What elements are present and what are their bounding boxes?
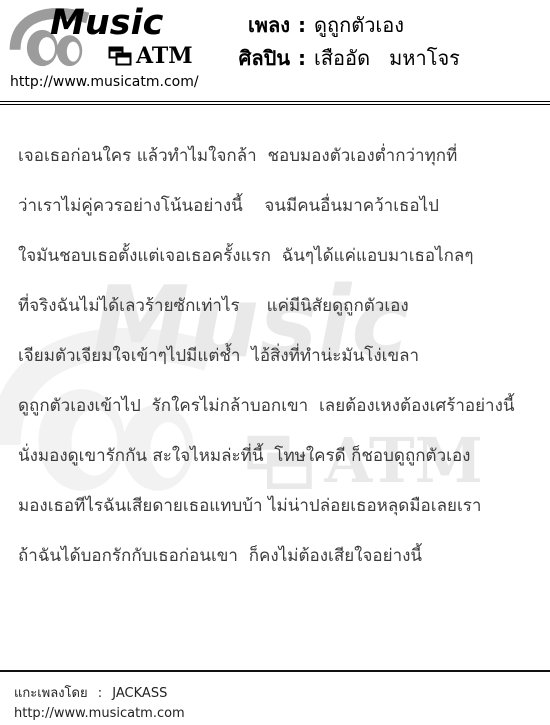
lyric-line: ใจมันชอบเธอตั้งแต่เจอเธอครั้งแรก ฉันๆได้… xyxy=(18,245,538,268)
credit-label: แกะเพลงโดย xyxy=(14,686,88,701)
lyric-line: มองเธอทีไรฉันเสียดายเธอแทบบ้า ไม่น่าปล่อ… xyxy=(18,495,538,518)
lyric-line: ว่าเราไม่คู่ควรอย่างโน้นอย่างนี้ จนมีคนอ… xyxy=(18,195,538,218)
logo-atm-row: ATM xyxy=(108,44,193,68)
song-title: ดูถูกตัวเอง xyxy=(314,12,404,39)
song-label: เพลง xyxy=(228,12,290,39)
header: Music ATM http://www.musicatm.com/ เพลง … xyxy=(0,0,550,103)
footer-site-url: http://www.musicatm.com xyxy=(0,703,550,721)
site-logo: Music ATM xyxy=(6,4,236,72)
artist-name: เสืออัด มหาโจร xyxy=(314,45,460,72)
artist-separator: : xyxy=(298,45,306,72)
lyrics-page: Music ATM http://www.musicatm.com/ เพลง … xyxy=(0,0,550,725)
lyrics-body: เจอเธอก่อนใคร แล้วทำไมใจกล้า ชอบมองตัวเอ… xyxy=(0,103,550,568)
lyric-line: เจอเธอก่อนใคร แล้วทำไมใจกล้า ชอบมองตัวเอ… xyxy=(18,145,538,168)
credit-separator: : xyxy=(98,686,102,701)
logo-music-text: Music xyxy=(50,4,163,42)
site-url: http://www.musicatm.com/ xyxy=(10,74,199,90)
lyric-line: ที่จริงฉันไม่ได้เลวร้ายซักเท่าไร แค่มีนิ… xyxy=(18,295,538,318)
artist-label: ศิลปิน xyxy=(228,45,290,72)
cascade-windows-icon xyxy=(108,46,132,66)
credit-line: แกะเพลงโดย : JACKASS xyxy=(0,672,550,703)
credit-value: JACKASS xyxy=(112,686,167,701)
footer: แกะเพลงโดย : JACKASS http://www.musicatm… xyxy=(0,670,550,721)
song-title-row: เพลง : ดูถูกตัวเอง xyxy=(228,12,460,39)
artist-row: ศิลปิน : เสืออัด มหาโจร xyxy=(228,45,460,72)
logo-atm-text: ATM xyxy=(136,44,193,68)
lyric-line: ดูถูกตัวเองเข้าไป รักใครไม่กล้าบอกเขา เล… xyxy=(18,395,538,418)
lyric-line: ถ้าฉันได้บอกรักกับเธอก่อนเขา ก็คงไม่ต้อง… xyxy=(18,545,538,568)
lyric-line: เจียมตัวเจียมใจเข้าๆไปมีแต่ช้ำ ไอ้สิ่งที… xyxy=(18,345,538,368)
lyric-line: นั่งมองดูเขารักกัน สะใจไหมล่ะที่นี้ โทษใ… xyxy=(18,445,538,468)
song-info: เพลง : ดูถูกตัวเอง ศิลปิน : เสืออัด มหาโ… xyxy=(228,12,460,78)
song-separator: : xyxy=(298,12,306,39)
